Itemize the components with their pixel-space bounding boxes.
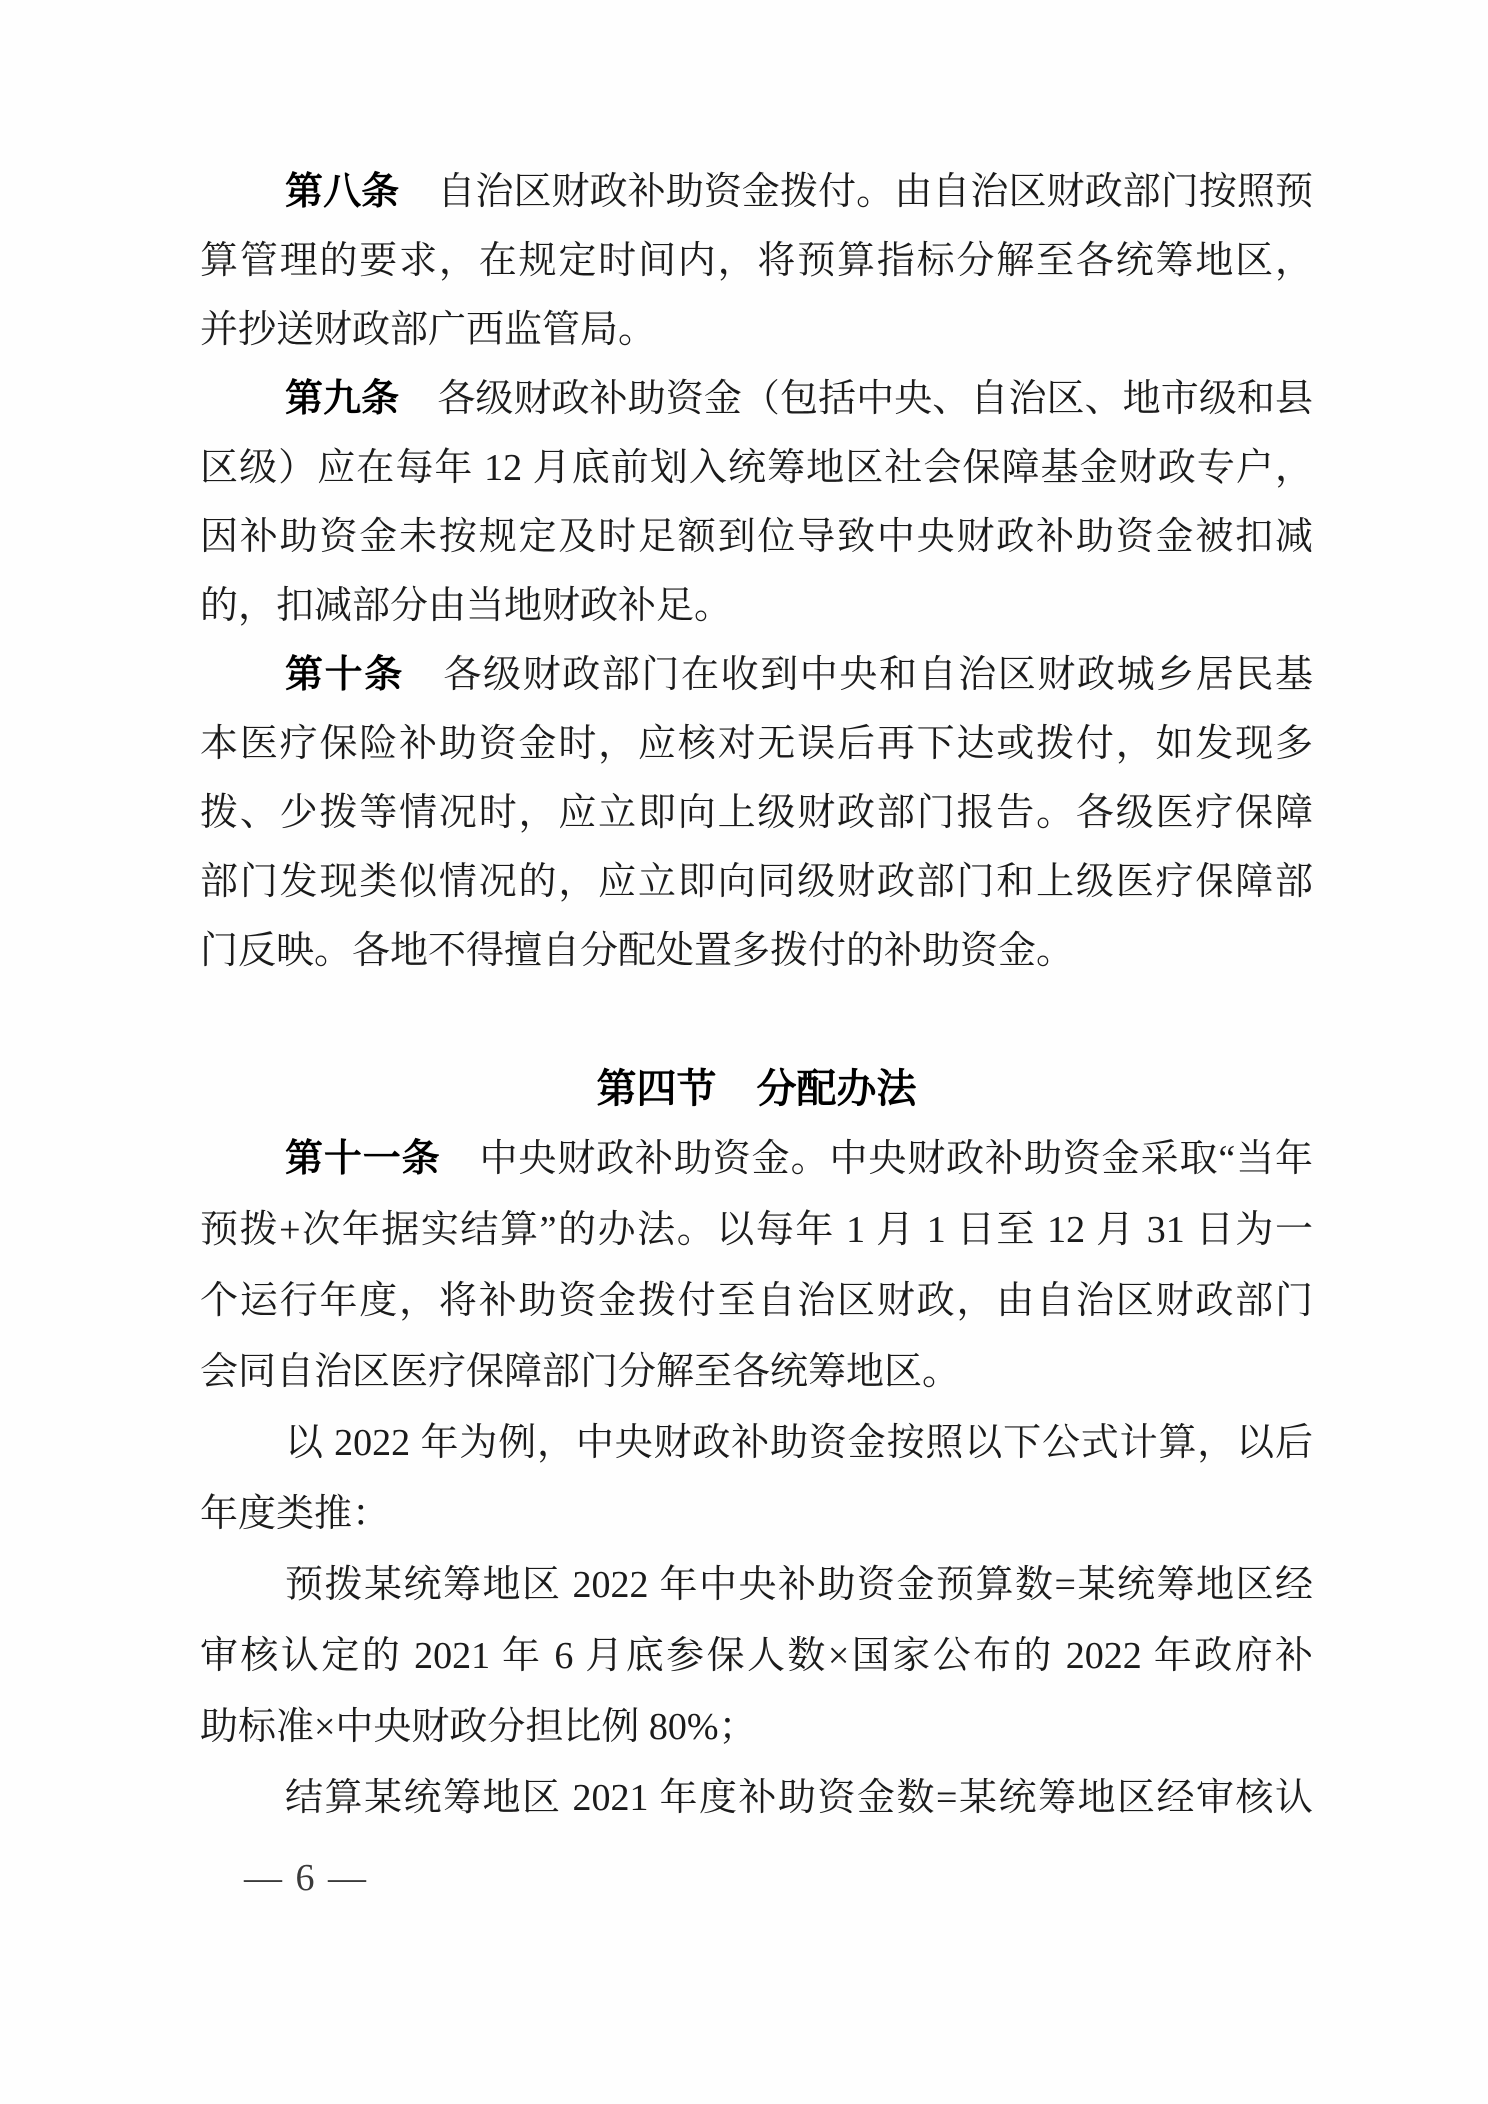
line-text: 因补助资金未按规定及时足额到位导致中央财政补助资金被扣减	[200, 516, 1313, 558]
line-text: 各级财政部门在收到中央和自治区财政城乡居民基	[443, 654, 1313, 696]
line-text: 自治区财政补助资金拨付。由自治区财政部门按照预	[437, 171, 1313, 213]
line-text: 并抄送财政部广西监管局。	[200, 309, 656, 351]
text-block: 第八条 自治区财政补助资金拨付。由自治区财政部门按照预 算管理的要求，在规定时间…	[200, 158, 1313, 1834]
line-text: 中央财政补助资金。中央财政补助资金采取“当年	[479, 1138, 1313, 1180]
line-text: 预拨+次年据实结算”的办法。以每年 1 月 1 日至 12 月 31 日为一	[200, 1209, 1313, 1251]
line-text: 各级财政补助资金（包括中央、自治区、地市级和县	[437, 378, 1313, 420]
line-text: 本医疗保险补助资金时，应核对无误后再下达或拨付，如发现多	[200, 723, 1313, 765]
line-text: 结算某统筹地区 2021 年度补助资金数=某统筹地区经审核认	[285, 1777, 1313, 1819]
section-heading: 第四节 分配办法	[200, 1055, 1313, 1124]
line-text: 拨、少拨等情况时，应立即向上级财政部门报告。各级医疗保障	[200, 792, 1313, 834]
line-text: 预拨某统筹地区 2022 年中央补助资金预算数=某统筹地区经	[285, 1564, 1313, 1606]
line-text: 的，扣减部分由当地财政补足。	[200, 585, 732, 627]
line-text: 个运行年度，将补助资金拨付至自治区财政，由自治区财政部门	[200, 1280, 1313, 1322]
text-line: 第十一条 中央财政补助资金。中央财政补助资金采取“当年	[200, 1124, 1313, 1195]
page-number: — 6 —	[244, 1853, 368, 1903]
text-line: 助标准×中央财政分担比例 80%；	[200, 1692, 1313, 1763]
line-text: 审核认定的 2021 年 6 月底参保人数×国家公布的 2022 年政府补	[200, 1635, 1313, 1677]
line-text: 算管理的要求，在规定时间内，将预算指标分解至各统筹地区，	[200, 240, 1313, 282]
line-text: 年度类推：	[200, 1493, 390, 1535]
document-page: 第八条 自治区财政补助资金拨付。由自治区财政部门按照预 算管理的要求，在规定时间…	[0, 0, 1488, 2104]
text-line: 第十条 各级财政部门在收到中央和自治区财政城乡居民基	[200, 641, 1313, 710]
article-number: 第十条	[285, 654, 443, 696]
text-line: 因补助资金未按规定及时足额到位导致中央财政补助资金被扣减	[200, 503, 1313, 572]
text-line: 区级）应在每年 12 月底前划入统筹地区社会保障基金财政专户，	[200, 434, 1313, 503]
text-line: 并抄送财政部广西监管局。	[200, 296, 1313, 365]
text-line: 本医疗保险补助资金时，应核对无误后再下达或拨付，如发现多	[200, 710, 1313, 779]
text-line: 部门发现类似情况的，应立即向同级财政部门和上级医疗保障部	[200, 848, 1313, 917]
article-number: 第八条	[285, 171, 437, 213]
article-number: 第十一条	[285, 1138, 479, 1180]
text-line: 年度类推：	[200, 1479, 1313, 1550]
line-text: 门反映。各地不得擅自分配处置多拨付的补助资金。	[200, 930, 1074, 972]
text-line: 结算某统筹地区 2021 年度补助资金数=某统筹地区经审核认	[200, 1763, 1313, 1834]
text-line: 第九条 各级财政补助资金（包括中央、自治区、地市级和县	[200, 365, 1313, 434]
text-line: 预拨某统筹地区 2022 年中央补助资金预算数=某统筹地区经	[200, 1550, 1313, 1621]
text-line: 门反映。各地不得擅自分配处置多拨付的补助资金。	[200, 917, 1313, 986]
text-line: 第八条 自治区财政补助资金拨付。由自治区财政部门按照预	[200, 158, 1313, 227]
text-line: 拨、少拨等情况时，应立即向上级财政部门报告。各级医疗保障	[200, 779, 1313, 848]
line-text: 会同自治区医疗保障部门分解至各统筹地区。	[200, 1351, 960, 1393]
text-line: 审核认定的 2021 年 6 月底参保人数×国家公布的 2022 年政府补	[200, 1621, 1313, 1692]
line-text: 助标准×中央财政分担比例 80%；	[200, 1706, 757, 1748]
line-text: 以 2022 年为例，中央财政补助资金按照以下公式计算，以后	[285, 1422, 1313, 1464]
text-line: 会同自治区医疗保障部门分解至各统筹地区。	[200, 1337, 1313, 1408]
line-text: 部门发现类似情况的，应立即向同级财政部门和上级医疗保障部	[200, 861, 1313, 903]
text-line: 算管理的要求，在规定时间内，将预算指标分解至各统筹地区，	[200, 227, 1313, 296]
article-number: 第九条	[285, 378, 437, 420]
line-text: 区级）应在每年 12 月底前划入统筹地区社会保障基金财政专户，	[200, 447, 1313, 489]
text-line: 以 2022 年为例，中央财政补助资金按照以下公式计算，以后	[200, 1408, 1313, 1479]
text-line: 预拨+次年据实结算”的办法。以每年 1 月 1 日至 12 月 31 日为一	[200, 1195, 1313, 1266]
text-line: 的，扣减部分由当地财政补足。	[200, 572, 1313, 641]
section-body: 第十一条 中央财政补助资金。中央财政补助资金采取“当年 预拨+次年据实结算”的办…	[200, 1124, 1313, 1834]
text-line: 个运行年度，将补助资金拨付至自治区财政，由自治区财政部门	[200, 1266, 1313, 1337]
